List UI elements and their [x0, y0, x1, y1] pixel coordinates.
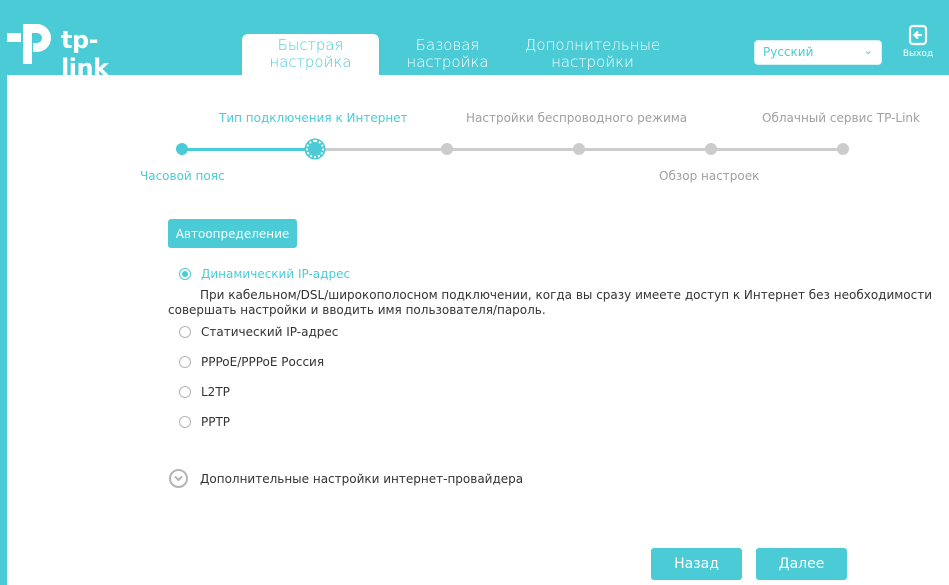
advanced-label: Дополнительные настройки интернет-провай…	[200, 472, 523, 486]
radio-label: Статический IP-адрес	[201, 325, 338, 339]
tab-advanced[interactable]: Дополнительные настройки	[515, 34, 670, 75]
tp-link-logo-icon	[7, 14, 57, 64]
step-dot-cloud	[837, 143, 849, 155]
chevron-down-circle-icon	[169, 469, 188, 488]
dynamic-ip-description: При кабельном/DSL/широкополосном подключ…	[168, 288, 949, 318]
logout-label: Выход	[903, 49, 933, 59]
step-label-summary: Обзор настроек	[659, 169, 759, 183]
tab-label-line1: Быстрая	[242, 37, 379, 54]
radio-selected-icon	[179, 268, 191, 280]
stepper-track-done	[183, 148, 315, 151]
radio-l2tp[interactable]: L2TP	[179, 385, 230, 399]
step-dot-timezone	[176, 143, 188, 155]
logout-button[interactable]: Выход	[898, 24, 938, 59]
radio-unselected-icon	[179, 326, 191, 338]
tp-link-logo: tp-link	[7, 14, 142, 64]
top-header: tp-link Быстрая настройка Базовая настро…	[0, 0, 949, 75]
step-label-cloud: Облачный сервис TP-Link	[762, 111, 920, 125]
radio-label: Динамический IP-адрес	[201, 267, 350, 281]
tab-quick-setup[interactable]: Быстрая настройка	[242, 34, 379, 75]
radio-pptp[interactable]: PPTP	[179, 415, 230, 429]
language-select[interactable]: Русский ⌄	[754, 40, 882, 65]
radio-unselected-icon	[179, 356, 191, 368]
radio-label: PPPoE/PPPoE Россия	[201, 355, 324, 369]
step-dot-step4	[573, 143, 585, 155]
logout-icon	[908, 24, 928, 46]
radio-label: PPTP	[201, 415, 230, 429]
back-button[interactable]: Назад	[651, 548, 742, 580]
step-label-timezone: Часовой пояс	[140, 169, 225, 183]
brand-name: tp-link	[61, 26, 142, 82]
radio-static-ip[interactable]: Статический IP-адрес	[179, 325, 338, 339]
step-label-connection-type: Тип подключения к Интернет	[219, 111, 408, 125]
chevron-down-icon: ⌄	[864, 44, 873, 57]
tab-label-line1: Базовая	[395, 37, 500, 54]
radio-unselected-icon	[179, 416, 191, 428]
tab-label-line2: настройка	[242, 54, 379, 71]
tab-label-line1: Дополнительные	[515, 37, 670, 54]
radio-pppoe[interactable]: PPPoE/PPPoE Россия	[179, 355, 324, 369]
language-selected: Русский	[763, 45, 813, 59]
tab-label-line2: настройка	[395, 54, 500, 71]
step-dot-connection-type	[306, 140, 324, 158]
advanced-isp-settings-toggle[interactable]: Дополнительные настройки интернет-провай…	[169, 469, 523, 488]
radio-label: L2TP	[201, 385, 230, 399]
step-label-wireless: Настройки беспроводного режима	[466, 111, 687, 125]
tab-basic[interactable]: Базовая настройка	[395, 34, 500, 75]
radio-unselected-icon	[179, 386, 191, 398]
step-dot-wireless	[441, 143, 453, 155]
auto-detect-button[interactable]: Автоопределение	[168, 219, 297, 248]
next-button[interactable]: Далее	[756, 548, 847, 580]
step-dot-summary	[705, 143, 717, 155]
tab-label-line2: настройки	[515, 54, 670, 71]
main-content: Тип подключения к Интернет Настройки бес…	[7, 75, 949, 585]
radio-dynamic-ip[interactable]: Динамический IP-адрес	[179, 267, 350, 281]
